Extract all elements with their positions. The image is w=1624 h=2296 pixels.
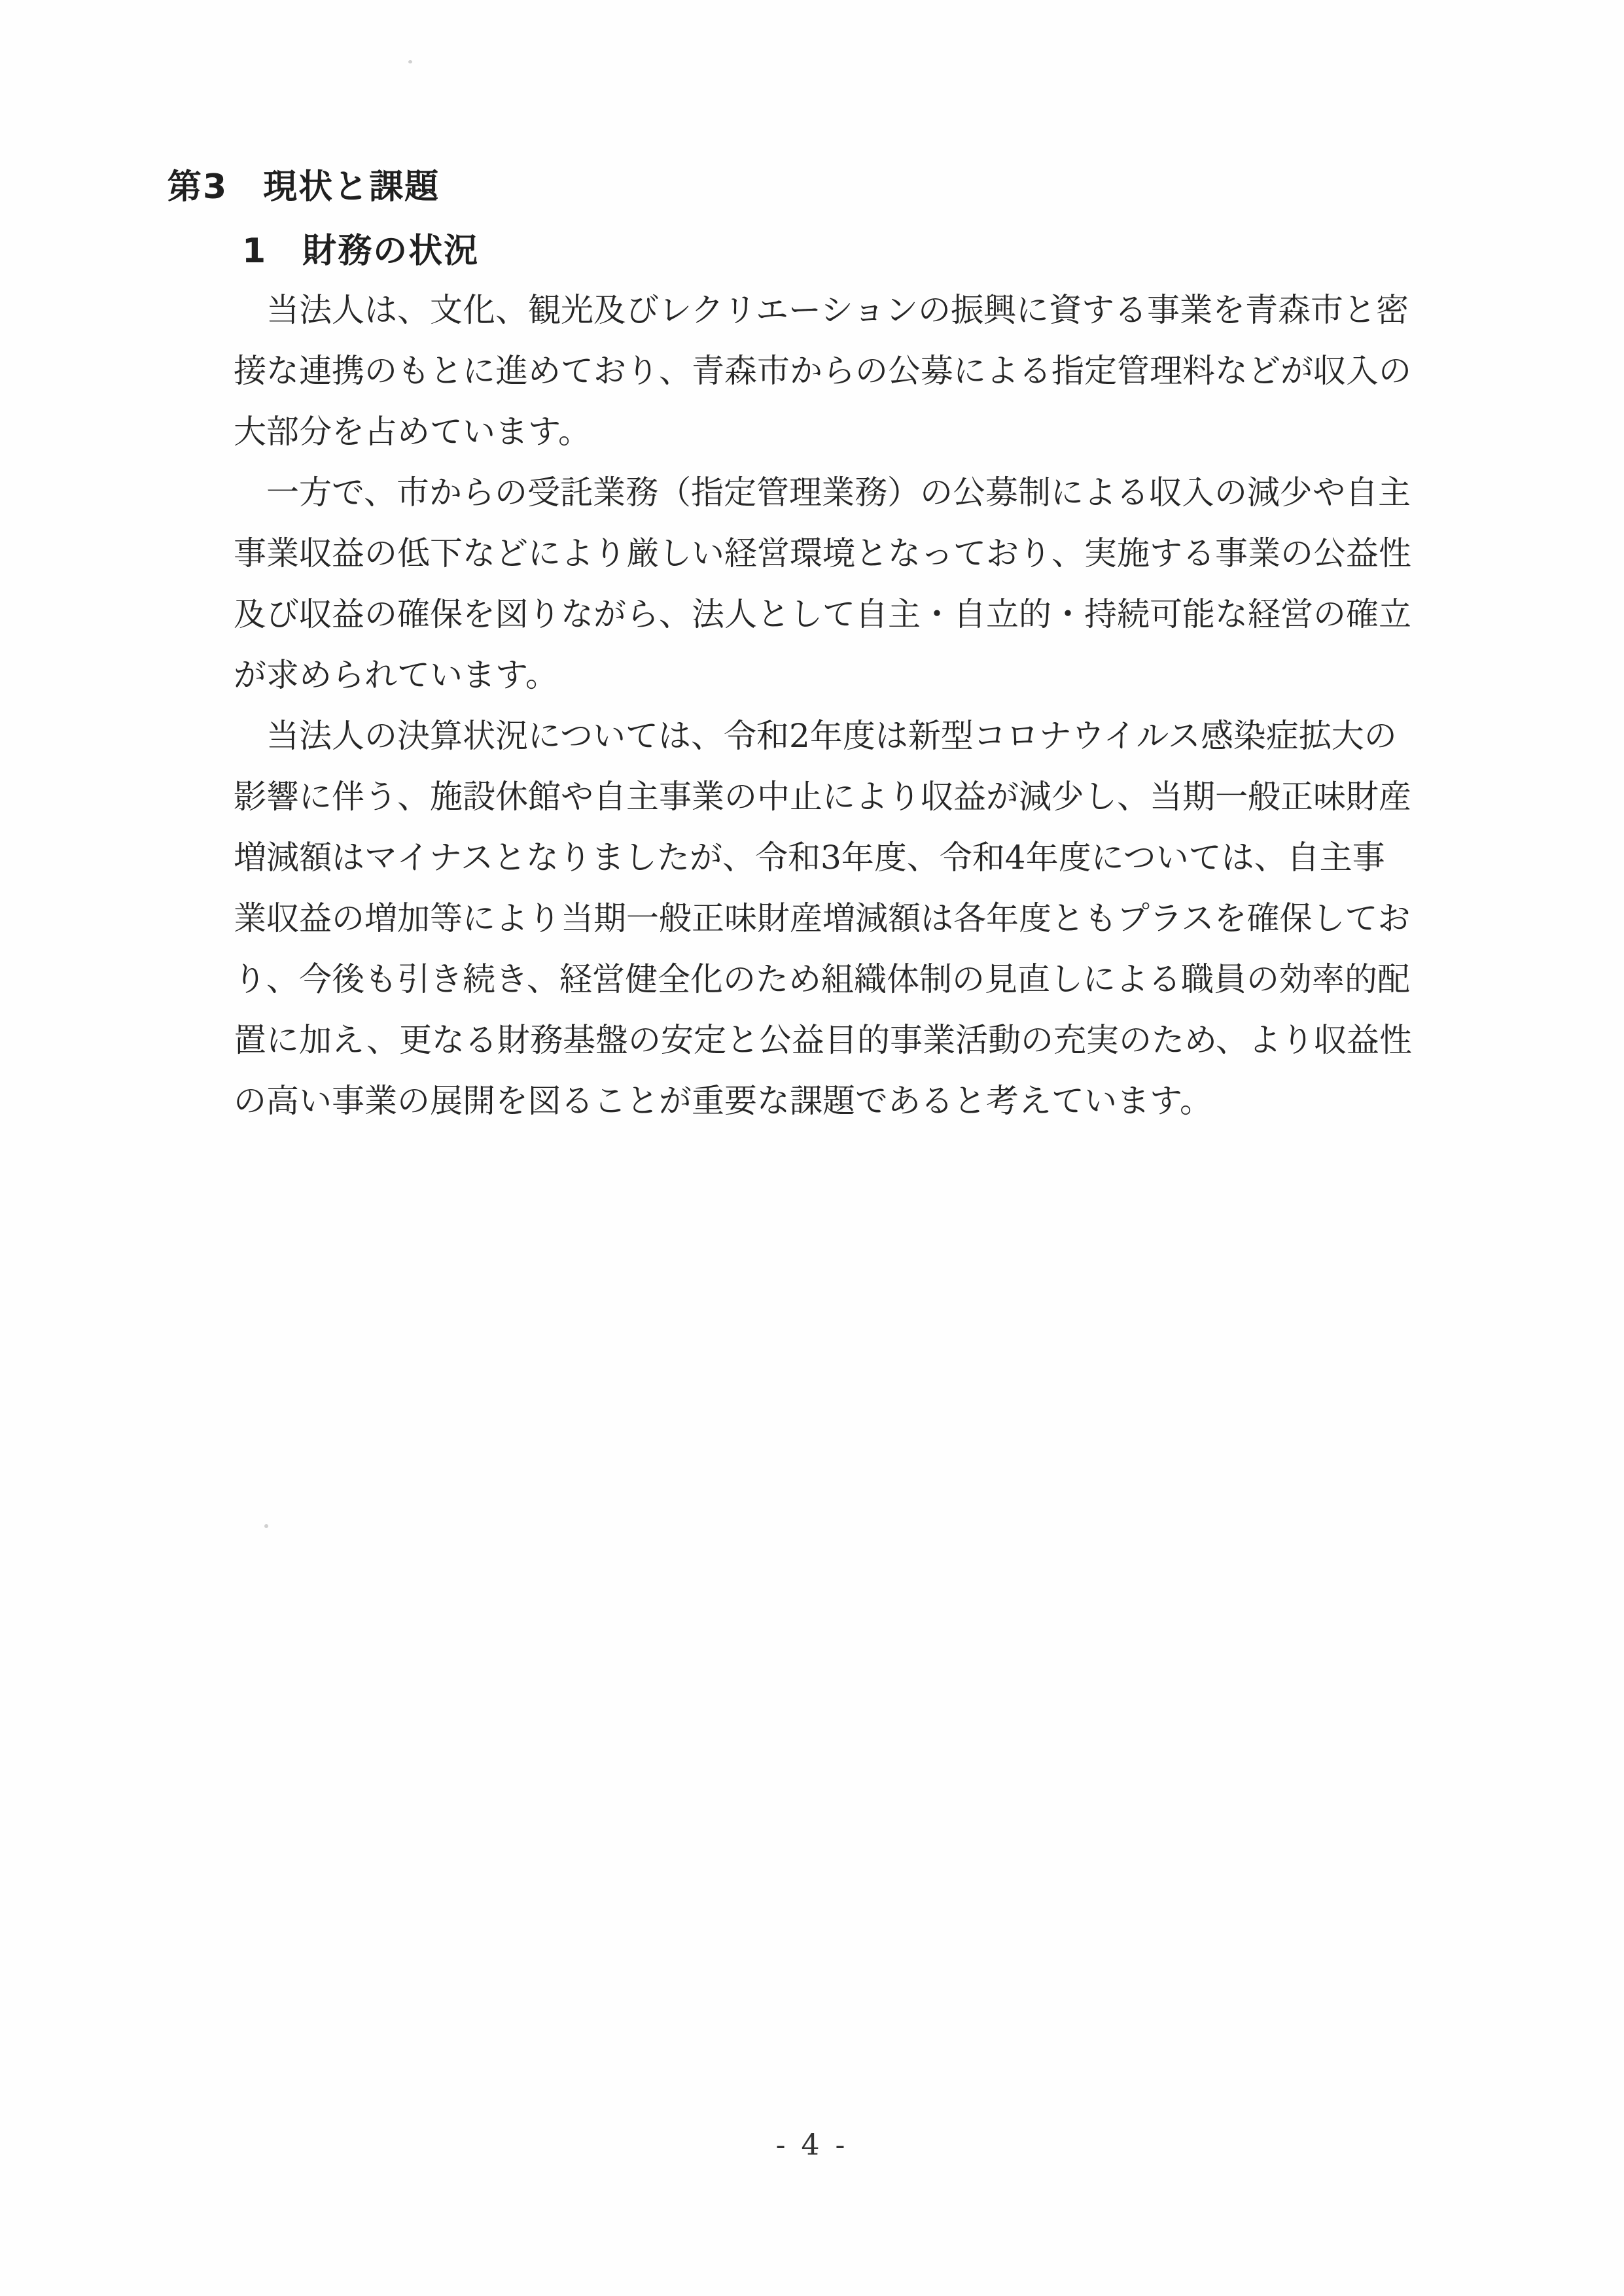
paragraph-line: 事業収益の低下などにより厳しい経営環境となっており、実施する事業の公益性 xyxy=(234,523,1438,584)
section-heading: 第3 現状と課題 xyxy=(168,167,440,207)
scan-speck xyxy=(264,1524,268,1528)
scan-speck xyxy=(408,60,412,63)
paragraph-line: 増減額はマイナスとなりましたが、令和3年度、令和4年度については、自主事 xyxy=(234,827,1438,888)
paragraph-line: 一方で、市からの受託業務（指定管理業務）の公募制による収入の減少や自主 xyxy=(234,462,1438,523)
paragraph-line: が求められています。 xyxy=(234,645,1438,706)
paragraph-line: 当法人は、文化、観光及びレクリエーションの振興に資する事業を青森市と密 xyxy=(234,280,1438,341)
paragraph-line: 接な連携のもとに進めており、青森市からの公募による指定管理料などが収入の xyxy=(234,341,1438,402)
paragraph-line: 大部分を占めています。 xyxy=(234,402,1438,462)
paragraph-line: の高い事業の展開を図ることが重要な課題であると考えています。 xyxy=(234,1071,1438,1132)
paragraph-line: 当法人の決算状況については、令和2年度は新型コロナウイルス感染症拡大の xyxy=(234,706,1438,767)
subsection-heading: 1 財務の状況 xyxy=(242,232,479,271)
paragraph-line: 業収益の増加等により当期一般正味財産増減額は各年度ともプラスを確保してお xyxy=(234,888,1438,949)
paragraph-line: り、今後も引き続き、経営健全化のため組織体制の見直しによる職員の効率的配 xyxy=(234,949,1438,1010)
paragraph-line: 影響に伴う、施設休館や自主事業の中止により収益が減少し、当期一般正味財産 xyxy=(234,767,1438,827)
body-text: 当法人は、文化、観光及びレクリエーションの振興に資する事業を青森市と密 接な連携… xyxy=(234,280,1438,1132)
page-number: - 4 - xyxy=(0,2129,1624,2162)
paragraph-line: 及び収益の確保を図りながら、法人として自主・自立的・持続可能な経営の確立 xyxy=(234,584,1438,645)
document-page: 第3 現状と課題 1 財務の状況 当法人は、文化、観光及びレクリエーションの振興… xyxy=(0,0,1624,2296)
paragraph-line: 置に加え、更なる財務基盤の安定と公益目的事業活動の充実のため、より収益性 xyxy=(234,1010,1438,1071)
